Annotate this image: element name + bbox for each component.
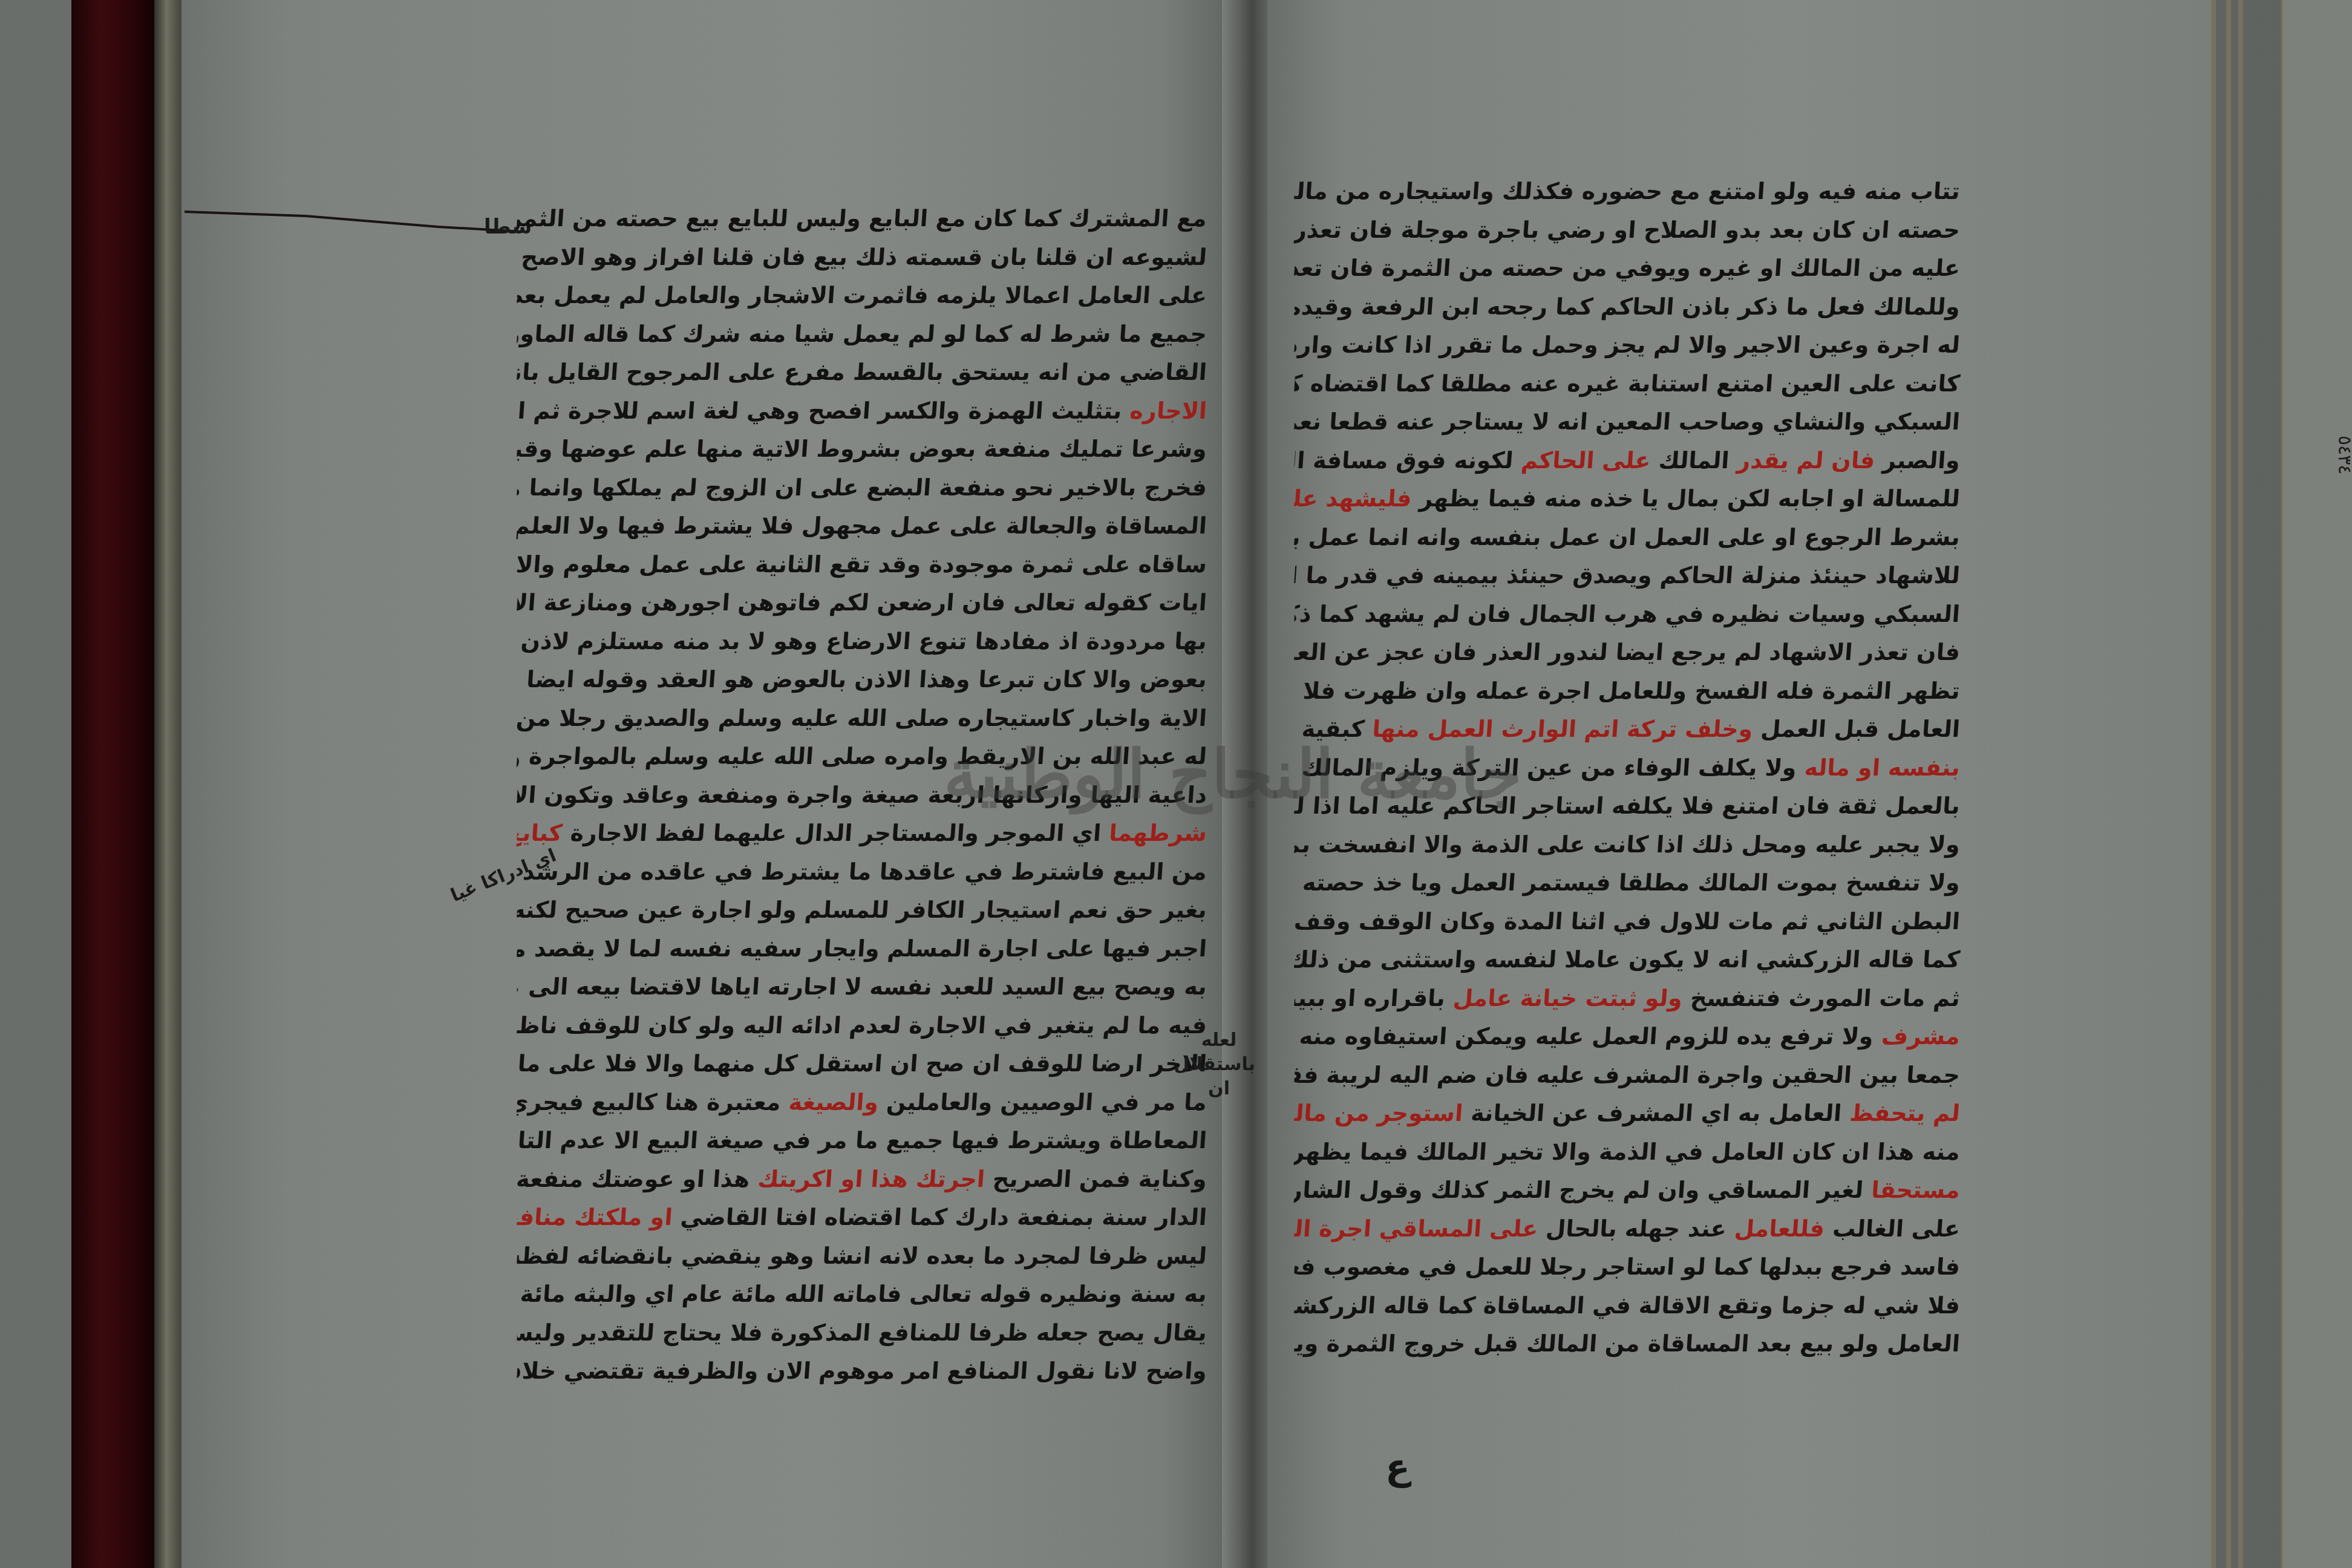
- manuscript-line: لشيوعه ان قلنا بان قسمته ذلك بيع فان قلن…: [516, 238, 1208, 277]
- manuscript-line: جميع ما شرط له كما لو لم يعمل شيا منه شر…: [516, 315, 1208, 354]
- body-text: فان تعذر الاشهاد لم يرجع ايضا لندور العذ…: [1293, 639, 1961, 665]
- body-text: بشرط الرجوع او على العمل ان عمل بنفسه وا…: [1293, 524, 1961, 550]
- rubric-text: على الحاكم: [1520, 447, 1651, 474]
- body-text: بتثليث الهمزة والكسر افصح وهي لغة اسم لل…: [516, 397, 1131, 424]
- body-text: بها مردودة اذ مفادها تنوع الارضاع وهو لا…: [516, 628, 1208, 655]
- manuscript-line: العامل ولو بيع بعد المساقاة من المالك قب…: [1293, 1325, 1961, 1364]
- body-text: باقراره او ببينة او يمين رد: [1293, 985, 1454, 1011]
- body-text: له اجرة وعين الاجير والا لم يجز وحمل ما …: [1293, 332, 1961, 358]
- manuscript-line: السبكي وسيات نظيره في هرب الجمال فان لم …: [1293, 595, 1961, 634]
- library-watermark: جامعة النجاح الوطنية: [944, 735, 1522, 813]
- rubric-text: فللعامل: [1734, 1215, 1826, 1242]
- body-text: فخرج بالاخير نحو منفعة البضع على ان الزو…: [516, 474, 1208, 501]
- body-text: الاية واخبار كاستيجاره صلى الله عليه وسل…: [516, 705, 1208, 731]
- body-text: يقال يصح جعله ظرفا للمنافع المذكورة فلا …: [516, 1319, 1208, 1346]
- body-text: فاسد فرجع ببدلها كما لو استاجر رجلا للعم…: [1293, 1253, 1961, 1280]
- rubric-text: كبايع ومشتر: [516, 820, 563, 846]
- manuscript-line: للمسالة او اجابه لكن بمال يا خذه منه فيم…: [1293, 480, 1961, 518]
- manuscript-line: البطن الثاني ثم مات للاول في اثنا المدة …: [1293, 903, 1961, 941]
- body-text: اي الموجر والمستاجر الدال عليهما لفظ الا…: [561, 820, 1110, 846]
- manuscript-line: القاضي من انه يستحق بالقسط مفرع على المر…: [516, 353, 1208, 392]
- body-text: جمعا بين الحقين واجرة المشرف عليه فان ضم…: [1293, 1062, 1961, 1088]
- body-text: المالك: [1650, 447, 1738, 474]
- body-text: بعوض والا كان تبرعا وهذا الاذن بالعوض هو…: [516, 666, 1208, 693]
- leather-binding-spine: [71, 0, 156, 1568]
- manuscript-line: المعاطاة ويشترط فيها جميع ما مر في صيغة …: [516, 1122, 1208, 1160]
- manuscript-line: وكناية فمن الصريح اجرتك هذا او اكريتك هذ…: [516, 1160, 1208, 1199]
- body-text: وللمالك فعل ما ذكر باذن الحاكم كما رجحه …: [1293, 293, 1961, 320]
- body-text: الاخر ارضا للوقف ان صح ان استقل كل منهما…: [516, 1050, 1208, 1077]
- body-text: بغير حق نعم استيجار الكافر للمسلم ولو اج…: [516, 897, 1208, 923]
- manuscript-line: للاشهاد حينئذ منزلة الحاكم ويصدق حينئذ ب…: [1293, 557, 1961, 595]
- rubric-text: الاجاره: [1129, 397, 1207, 424]
- rubric-text: او ملكتك منافعه سنة: [516, 1204, 673, 1230]
- manuscript-line: مشرف ولا ترفع يده للزوم العمل عليه ويمكن…: [1293, 1018, 1961, 1056]
- margin-pointer-line: [185, 209, 529, 245]
- manuscript-line: الاجاره بتثليث الهمزة والكسر افصح وهي لغ…: [516, 392, 1208, 431]
- manuscript-line: به سنة ونظيره قوله تعالى فاماته الله مائ…: [516, 1275, 1208, 1314]
- manuscript-line: يقال يصح جعله ظرفا للمنافع المذكورة فلا …: [516, 1314, 1208, 1353]
- manuscript-line: مع المشترك كما كان مع البايع وليس للبايع…: [516, 200, 1208, 238]
- manuscript-line: تظهر الثمرة فله الفسخ وللعامل اجرة عمله …: [1293, 672, 1961, 711]
- body-text: كما قاله الزركشي انه لا يكون عاملا لنفسه…: [1293, 946, 1961, 973]
- body-text: وكناية فمن الصريح: [984, 1166, 1207, 1192]
- body-text: العامل ولو بيع بعد المساقاة من المالك قب…: [1293, 1330, 1961, 1357]
- fore-edge-line: [2211, 0, 2216, 1568]
- page-number: ع: [1385, 1446, 1410, 1488]
- manuscript-line: به ويصح بيع السيد للعبد نفسه لا اجارته ا…: [516, 968, 1208, 1007]
- rubric-text: فليشهد على الانفاق: [1293, 485, 1413, 512]
- manuscript-line: والصبر فان لم يقدر المالك على الحاكم لكو…: [1293, 442, 1961, 480]
- body-text: والصبر: [1874, 447, 1961, 474]
- manuscript-line: على الغالب فللعامل عند جهله بالحال على ا…: [1293, 1210, 1961, 1249]
- manuscript-line: ولا تنفسخ بموت المالك مطلقا فيستمر العمل…: [1293, 864, 1961, 903]
- manuscript-line: المساقاة والجعالة على عمل مجهول فلا يشتر…: [516, 507, 1208, 546]
- body-text: تظهر الثمرة فله الفسخ وللعامل اجرة عمله …: [1293, 678, 1961, 704]
- cover-left: [0, 0, 76, 1568]
- manuscript-line: كما قاله الزركشي انه لا يكون عاملا لنفسه…: [1293, 941, 1961, 979]
- body-text: مع المشترك كما كان مع البايع وليس للبايع…: [516, 205, 1208, 232]
- manuscript-line: اجبر فيها على اجارة المسلم وايجار سفيه ن…: [516, 930, 1208, 969]
- manuscript-line: بها مردودة اذ مفادها تنوع الارضاع وهو لا…: [516, 622, 1208, 661]
- manuscript-line: شرطهما اي الموجر والمستاجر الدال عليهما …: [516, 814, 1208, 853]
- body-text: عند جهله بالحال: [1537, 1215, 1736, 1242]
- manuscript-line: فان تعذر الاشهاد لم يرجع ايضا لندور العذ…: [1293, 633, 1961, 672]
- body-text: من البيع فاشترط في عاقدها ما يشترط في عا…: [516, 858, 1208, 885]
- rubric-text: استوجر من ماله عامل: [1293, 1100, 1464, 1126]
- manuscript-line: ما مر في الوصيين والعاملين والصيغة معتبر…: [516, 1083, 1208, 1122]
- body-text: اجبر فيها على اجارة المسلم وايجار سفيه ن…: [516, 935, 1208, 962]
- body-text: العامل به اي المشرف عن الخيانة: [1462, 1100, 1851, 1126]
- body-text: السبكي والنشاي وصاحب المعين انه لا يستاج…: [1293, 408, 1961, 435]
- body-text: المعاطاة ويشترط فيها جميع ما مر في صيغة …: [516, 1127, 1208, 1154]
- manuscript-line: بعوض والا كان تبرعا وهذا الاذن بالعوض هو…: [516, 661, 1208, 699]
- manuscript-line: فاسد فرجع ببدلها كما لو استاجر رجلا للعم…: [1293, 1248, 1961, 1287]
- body-text: ولا يجبر عليه ومحل ذلك اذا كانت على الذم…: [1293, 831, 1961, 858]
- manuscript-line: وللمالك فعل ما ذكر باذن الحاكم كما رجحه …: [1293, 288, 1961, 327]
- manuscript-line: ثم مات المورث فتنفسخ ولو ثبتت خيانة عامل…: [1293, 979, 1961, 1018]
- manuscript-line: على العامل اعمالا يلزمه فاثمرت الاشجار و…: [516, 276, 1208, 315]
- binding-edge: [154, 0, 181, 1568]
- body-text: المساقاة والجعالة على عمل مجهول فلا يشتر…: [516, 512, 1208, 539]
- manuscript-line: منه هذا ان كان العامل في الذمة والا تخير…: [1293, 1133, 1961, 1172]
- manuscript-line: ساقاه على ثمرة موجودة وقد تقع الثانية عل…: [516, 546, 1208, 584]
- manuscript-line: عليه من المالك او غيره ويوفي من حصته من …: [1293, 249, 1961, 288]
- body-text: حصته ان كان بعد بدو الصلاح او رضي باجرة …: [1293, 217, 1961, 243]
- manuscript-line: مستحقا لغير المساقي وان لم يخرج الثمر كذ…: [1293, 1171, 1961, 1210]
- body-text: جميع ما شرط له كما لو لم يعمل شيا منه شر…: [516, 321, 1208, 347]
- body-text: فلا شي له جزما وتقع الاقالة في المساقاة …: [1293, 1292, 1961, 1319]
- manuscript-line: له اجرة وعين الاجير والا لم يجز وحمل ما …: [1293, 326, 1961, 365]
- rubric-text: اجرتك هذا او اكريتك: [757, 1166, 985, 1192]
- manuscript-line: الاية واخبار كاستيجاره صلى الله عليه وسل…: [516, 699, 1208, 738]
- body-text: السبكي وسيات نظيره في هرب الجمال فان لم …: [1293, 601, 1961, 627]
- manuscript-line: فيه ما لم يتغير في الاجارة لعدم ادائه ال…: [516, 1007, 1208, 1045]
- body-text: الدار سنة بمنفعة دارك كما اقتضاه افتا ال…: [671, 1204, 1207, 1230]
- body-text: فيه ما لم يتغير في الاجارة لعدم ادائه ال…: [516, 1012, 1208, 1039]
- rubric-text: مستحقا: [1870, 1177, 1961, 1203]
- loose-sheet-edge: [2281, 0, 2352, 1568]
- body-text: القاضي من انه يستحق بالقسط مفرع على المر…: [516, 359, 1208, 385]
- rubric-text: بنفسه او ماله: [1803, 754, 1961, 781]
- manuscript-line: كانت على العين امتنع استنابة غيره عنه مط…: [1293, 365, 1961, 403]
- rubric-text: على المساقي اجرة المثل: [1293, 1215, 1539, 1242]
- body-text: واضح لانا نقول المنافع امر موهوم الان وا…: [516, 1357, 1208, 1384]
- manuscript-line: حصته ان كان بعد بدو الصلاح او رضي باجرة …: [1293, 211, 1961, 250]
- manuscript-line: من البيع فاشترط في عاقدها ما يشترط في عا…: [516, 853, 1208, 892]
- body-text: هذا او عوضتك منفعة هذه: [516, 1166, 759, 1192]
- body-text: ولا ترفع يده للزوم العمل عليه ويمكن استي…: [1293, 1023, 1883, 1050]
- body-text: البطن الثاني ثم مات للاول في اثنا المدة …: [1293, 908, 1961, 935]
- rubric-text: شرطهما: [1108, 820, 1208, 846]
- fore-edge-line: [2238, 0, 2243, 1568]
- manuscript-line: لم يتحفظ العامل به اي المشرف عن الخيانة …: [1293, 1094, 1961, 1133]
- body-text: ما مر في الوصيين والعاملين: [878, 1089, 1208, 1116]
- manuscript-line: وشرعا تمليك منفعة بعوض بشروط الاتية منها…: [516, 430, 1208, 469]
- fore-edge-line: [2226, 0, 2231, 1568]
- margin-note-gutter: لعله باستقلال ان: [1183, 1028, 1255, 1101]
- body-text: ثم مات المورث فتنفسخ: [1682, 985, 1961, 1011]
- body-text: تتاب منه فيه ولو امتنع مع حضوره فكذلك وا…: [1293, 178, 1961, 204]
- manuscript-line: جمعا بين الحقين واجرة المشرف عليه فان ضم…: [1293, 1056, 1961, 1095]
- body-text: العامل قبل العمل: [1752, 716, 1961, 742]
- body-text: به سنة ونظيره قوله تعالى فاماته الله مائ…: [516, 1281, 1208, 1307]
- manuscript-line: فلا شي له جزما وتقع الاقالة في المساقاة …: [1293, 1287, 1961, 1325]
- body-text: للمسالة او اجابه لكن بمال يا خذه منه فيم…: [1411, 485, 1961, 512]
- manuscript-line: الاخر ارضا للوقف ان صح ان استقل كل منهما…: [516, 1045, 1208, 1083]
- body-text: منه هذا ان كان العامل في الذمة والا تخير…: [1293, 1138, 1961, 1165]
- body-text: ولا تنفسخ بموت المالك مطلقا فيستمر العمل…: [1293, 869, 1961, 896]
- manuscript-line: فخرج بالاخير نحو منفعة البضع على ان الزو…: [516, 469, 1208, 508]
- manuscript-line: بشرط الرجوع او على العمل ان عمل بنفسه وا…: [1293, 518, 1961, 557]
- rubric-text: مشرف: [1881, 1023, 1961, 1050]
- manuscript-line: الدار سنة بمنفعة دارك كما اقتضاه افتا ال…: [516, 1198, 1208, 1237]
- rubric-text: والصيغة: [788, 1089, 879, 1116]
- body-text: وشرعا تمليك منفعة بعوض بشروط الاتية منها…: [516, 436, 1208, 462]
- body-text: به ويصح بيع السيد للعبد نفسه لا اجارته ا…: [516, 973, 1208, 1000]
- body-text: لغير المساقي وان لم يخرج الثمر كذلك وقول…: [1293, 1177, 1872, 1203]
- edge-note: ٥٤٣٤: [2334, 436, 2352, 474]
- body-text: ساقاه على ثمرة موجودة وقد تقع الثانية عل…: [516, 551, 1208, 578]
- rubric-text: ولو ثبتت خيانة عامل: [1452, 985, 1683, 1011]
- manuscript-line: ليس ظرفا لمجرد ما بعده لانه انشا وهو ينق…: [516, 1237, 1208, 1276]
- rubric-text: لم يتحفظ: [1849, 1100, 1961, 1126]
- body-text: ايات كقوله تعالى فان ارضعن لكم فاتوهن اج…: [516, 589, 1208, 616]
- body-text: على الغالب: [1824, 1215, 1961, 1242]
- body-text: ليس ظرفا لمجرد ما بعده لانه انشا وهو ينق…: [516, 1243, 1208, 1269]
- body-text: معتبرة هنا كالبيع فيجري فيها خلاف: [516, 1089, 790, 1116]
- body-text: كانت على العين امتنع استنابة غيره عنه مط…: [1293, 370, 1961, 397]
- manuscript-line: واضح لانا نقول المنافع امر موهوم الان وا…: [516, 1352, 1208, 1391]
- manuscript-line: ولا يجبر عليه ومحل ذلك اذا كانت على الذم…: [1293, 826, 1961, 864]
- manuscript-line: بغير حق نعم استيجار الكافر للمسلم ولو اج…: [516, 891, 1208, 930]
- body-text: لشيوعه ان قلنا بان قسمته ذلك بيع فان قلن…: [516, 244, 1208, 270]
- body-text: للاشهاد حينئذ منزلة الحاكم ويصدق حينئذ ب…: [1293, 562, 1961, 589]
- body-text: لكونه فوق مسافة العدوى او وجده ولم يجبه: [1293, 447, 1522, 474]
- manuscript-line: السبكي والنشاي وصاحب المعين انه لا يستاج…: [1293, 403, 1961, 442]
- manuscript-line: تتاب منه فيه ولو امتنع مع حضوره فكذلك وا…: [1293, 172, 1961, 211]
- rubric-text: فان لم يقدر: [1736, 447, 1876, 474]
- manuscript-line: ايات كقوله تعالى فان ارضعن لكم فاتوهن اج…: [516, 584, 1208, 622]
- body-text: عليه من المالك او غيره ويوفي من حصته من …: [1293, 255, 1961, 281]
- body-text: على العامل اعمالا يلزمه فاثمرت الاشجار و…: [516, 282, 1208, 309]
